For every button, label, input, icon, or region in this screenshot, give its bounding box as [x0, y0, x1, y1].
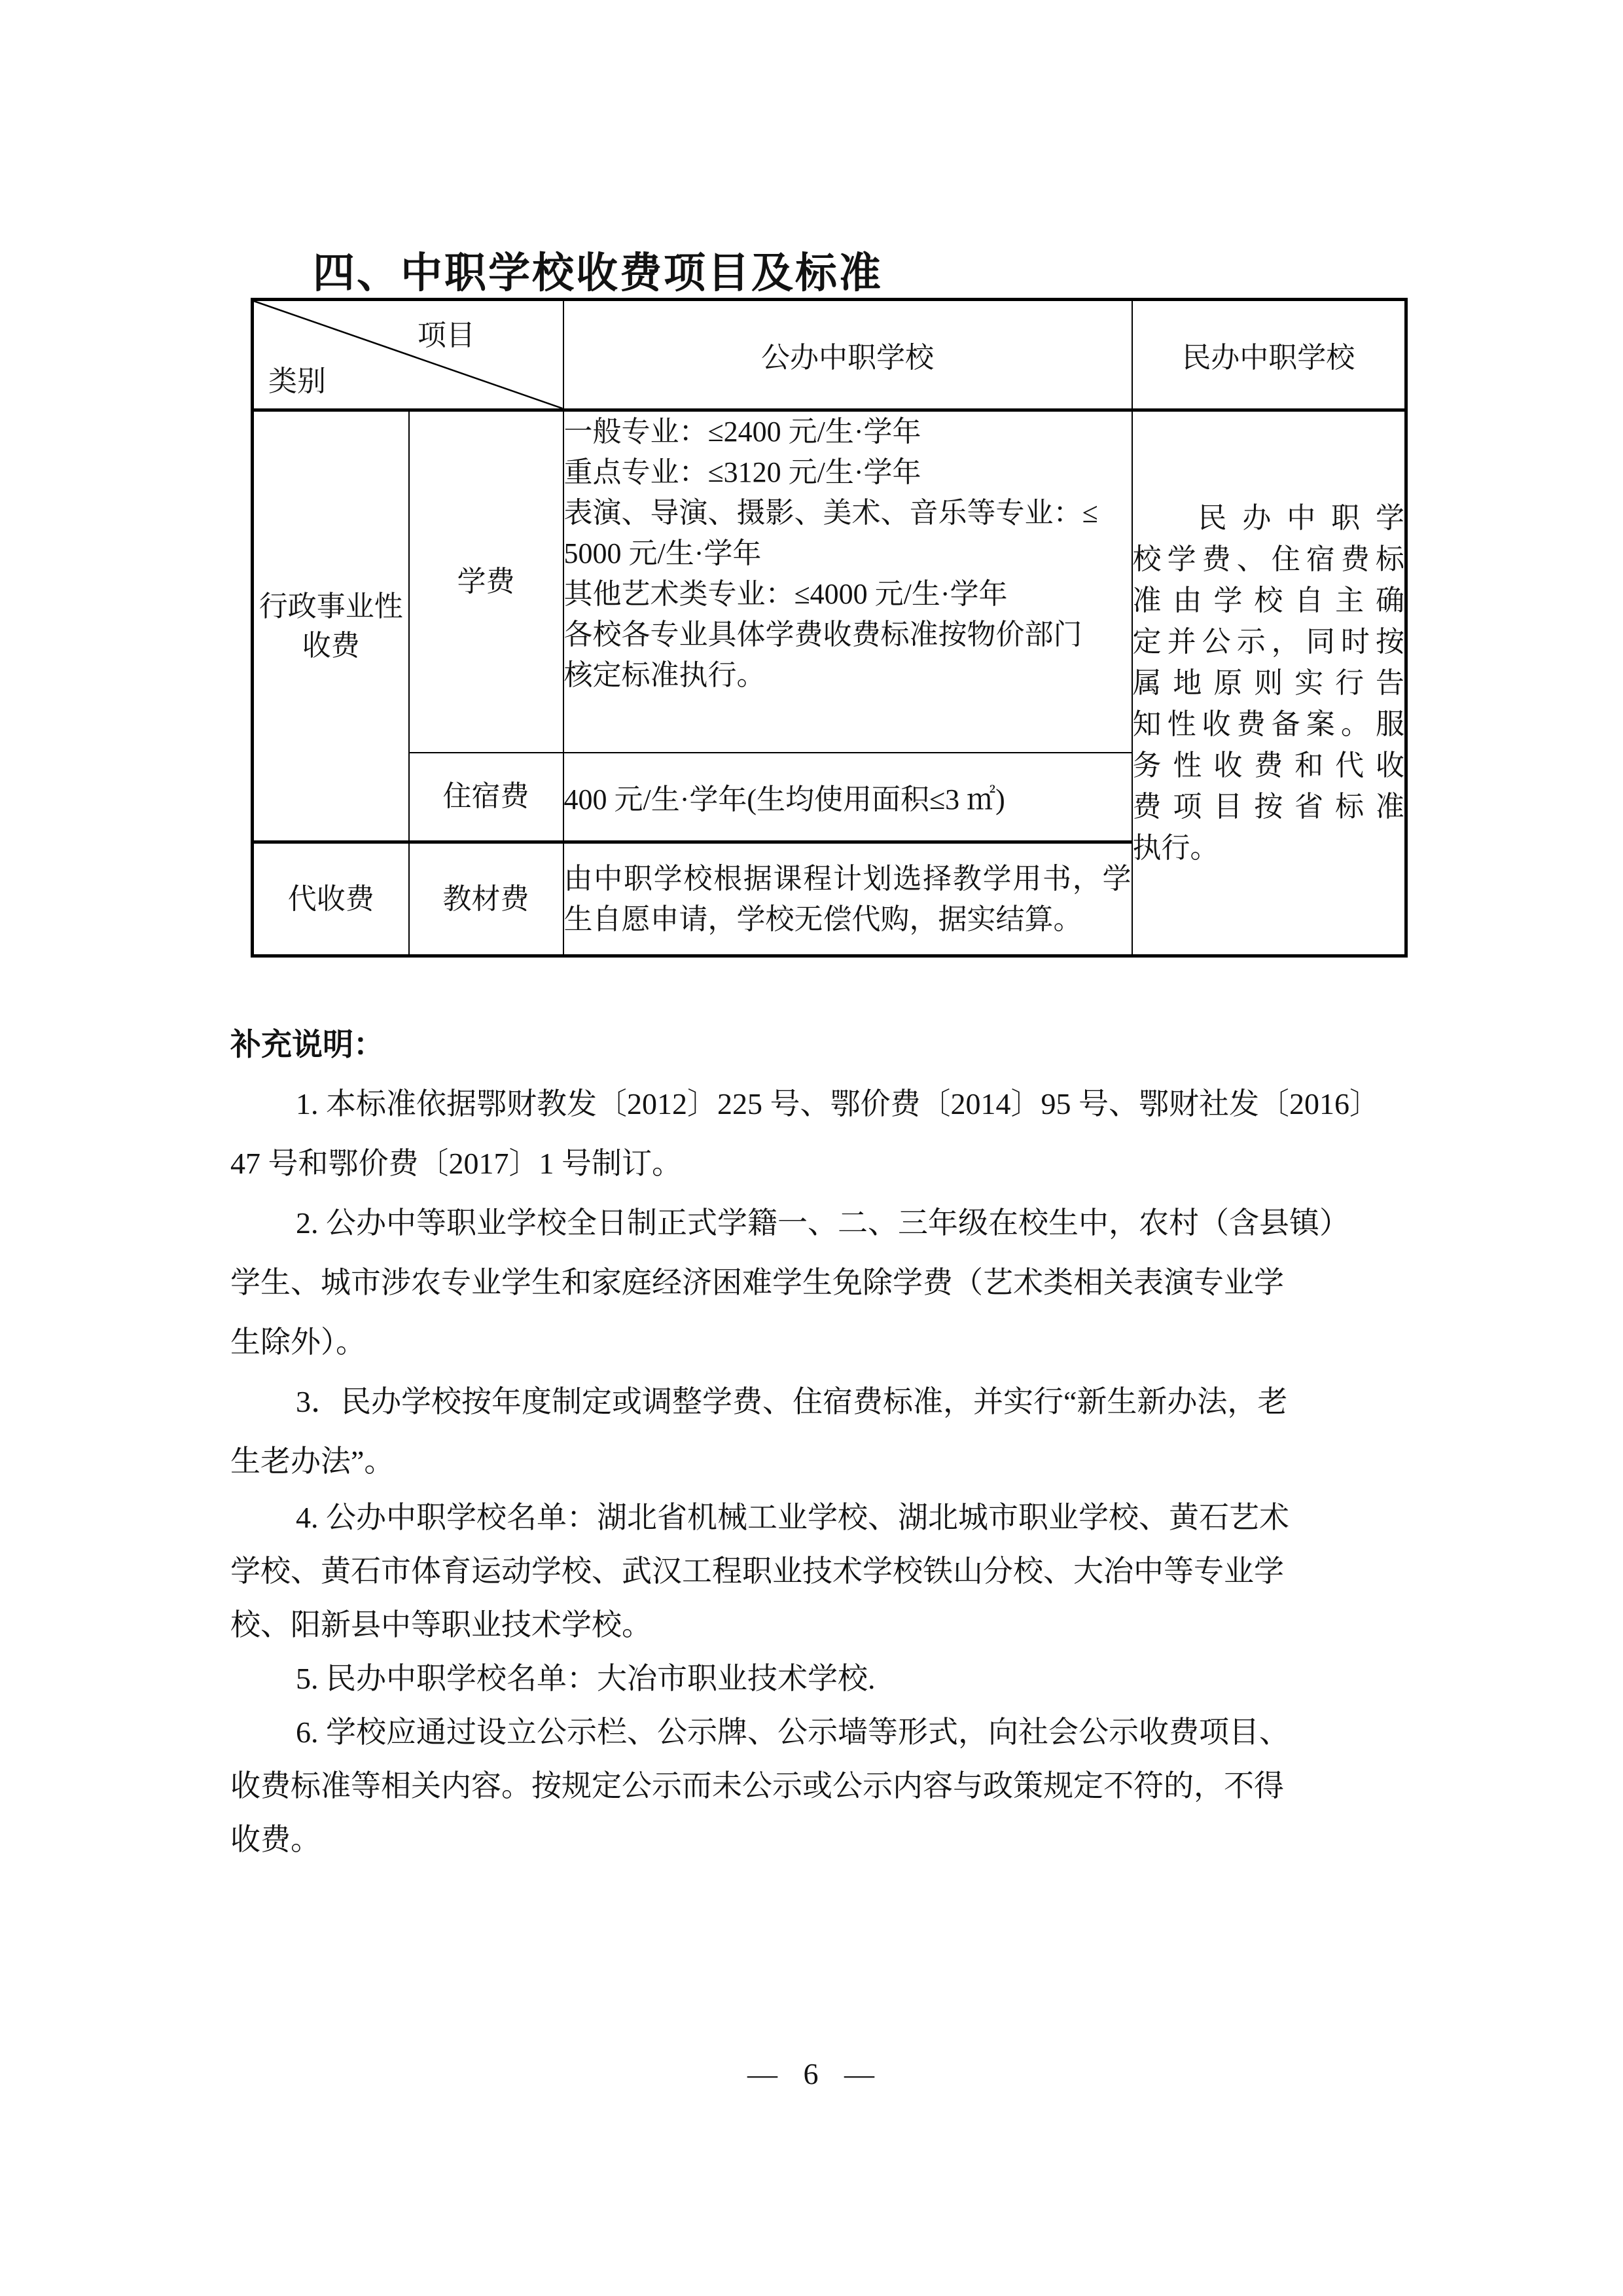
tuition-line: 表演、导演、摄影、美术、音乐等专业：≤: [564, 493, 1132, 533]
table-header-row: 项目 类别 公办中职学校 民办中职学校: [253, 300, 1406, 410]
policy-line: 执行。: [1133, 827, 1405, 869]
tuition-line: 各校各专业具体学费收费标准按物价部门: [564, 615, 1132, 655]
page-number: — 6 —: [0, 2056, 1623, 2091]
tuition-line: 重点专业：≤3120 元/生·学年: [564, 452, 1132, 493]
row-label-textbook: 教材费: [409, 842, 563, 956]
note-line: 6. 学校应通过设立公示栏、公示牌、公示墙等形式，向社会公示收费项目、: [230, 1706, 1408, 1759]
policy-line: 费项目按省标准: [1133, 786, 1405, 827]
note-line: 学生、城市涉农专业学生和家庭经济困难学生免除学费（艺术类相关表演专业学: [230, 1253, 1408, 1312]
note-line: 5. 民办中职学校名单：大冶市职业技术学校.: [230, 1652, 1408, 1706]
policy-line: 校学费、住宿费标: [1133, 539, 1405, 580]
note-line: 生除外）。: [230, 1312, 1408, 1372]
note-line: 47 号和鄂价费〔2017〕1 号制订。: [230, 1134, 1408, 1193]
tuition-row: 行政事业性收费 学费 一般专业：≤2400 元/生·学年 重点专业：≤3120 …: [253, 410, 1406, 753]
policy-line: 定并公示，同时按: [1133, 621, 1405, 662]
note-line: 校、阳新县中等职业技术学校。: [230, 1598, 1408, 1652]
tuition-standard-cell: 一般专业：≤2400 元/生·学年 重点专业：≤3120 元/生·学年 表演、导…: [563, 410, 1132, 753]
category-admin-fees: 行政事业性收费: [253, 410, 409, 842]
note-line: 3．民办学校按年度制定或调整学费、住宿费标准，并实行“新生新办法，老: [230, 1372, 1408, 1431]
accommodation-standard-cell: 400 元/生·学年(生均使用面积≤3 ㎡): [563, 753, 1132, 842]
note-line: 2. 公办中等职业学校全日制正式学籍一、二、三年级在校生中，农村（含县镇）: [230, 1193, 1408, 1253]
tuition-line: 一般专业：≤2400 元/生·学年: [564, 412, 1132, 452]
policy-line: 务性收费和代收: [1133, 745, 1405, 786]
row-label-tuition: 学费: [409, 410, 563, 753]
fee-standards-table: 项目 类别 公办中职学校 民办中职学校 行政事业性收费 学费 一般专业：≤240…: [251, 298, 1408, 958]
policy-line: 知性收费备案。服: [1133, 704, 1405, 745]
policy-line: 准由学校自主确: [1133, 580, 1405, 621]
textbook-standard-cell: 由中职学校根据课程计划选择教学用书，学生自愿申请，学校无偿代购，据实结算。: [563, 842, 1132, 956]
private-school-policy-cell: 民办中职学 校学费、住宿费标 准由学校自主确 定并公示，同时按 属地原则实行告 …: [1132, 410, 1406, 956]
policy-line: 属地原则实行告: [1133, 662, 1405, 704]
note-line: 收费。: [230, 1813, 1408, 1867]
tuition-line: 5000 元/生·学年: [564, 533, 1132, 574]
document-page: 四、中职学校收费项目及标准 项目 类别 公办中职学校 民办中职学校: [0, 0, 1623, 2296]
note-line: 1. 本标准依据鄂财教发〔2012〕225 号、鄂价费〔2014〕95 号、鄂财…: [230, 1074, 1408, 1134]
note-line: 生老办法”。: [230, 1431, 1408, 1491]
supplementary-notes: 补充说明： 1. 本标准依据鄂财教发〔2012〕225 号、鄂价费〔2014〕9…: [230, 1014, 1408, 1867]
tuition-line: 其他艺术类专业：≤4000 元/生·学年: [564, 574, 1132, 615]
table-corner-cell: 项目 类别: [253, 300, 563, 410]
note-line: 学校、黄石市体育运动学校、武汉工程职业技术学校铁山分校、大冶中等专业学: [230, 1545, 1408, 1598]
policy-line: 民办中职学: [1133, 497, 1405, 539]
category-collected-fees: 代收费: [253, 842, 409, 956]
notes-heading: 补充说明：: [230, 1014, 1408, 1074]
section-title: 四、中职学校收费项目及标准: [313, 240, 883, 300]
corner-label-project: 项目: [418, 312, 475, 353]
column-header-private-school: 民办中职学校: [1132, 300, 1406, 410]
note-line: 收费标准等相关内容。按规定公示而未公示或公示内容与政策规定不符的，不得: [230, 1759, 1408, 1813]
note-line: 4. 公办中职学校名单：湖北省机械工业学校、湖北城市职业学校、黄石艺术: [230, 1491, 1408, 1545]
corner-label-category: 类别: [268, 357, 326, 399]
column-header-public-school: 公办中职学校: [563, 300, 1132, 410]
row-label-accommodation: 住宿费: [409, 753, 563, 842]
tuition-line: 核定标准执行。: [564, 655, 1132, 696]
